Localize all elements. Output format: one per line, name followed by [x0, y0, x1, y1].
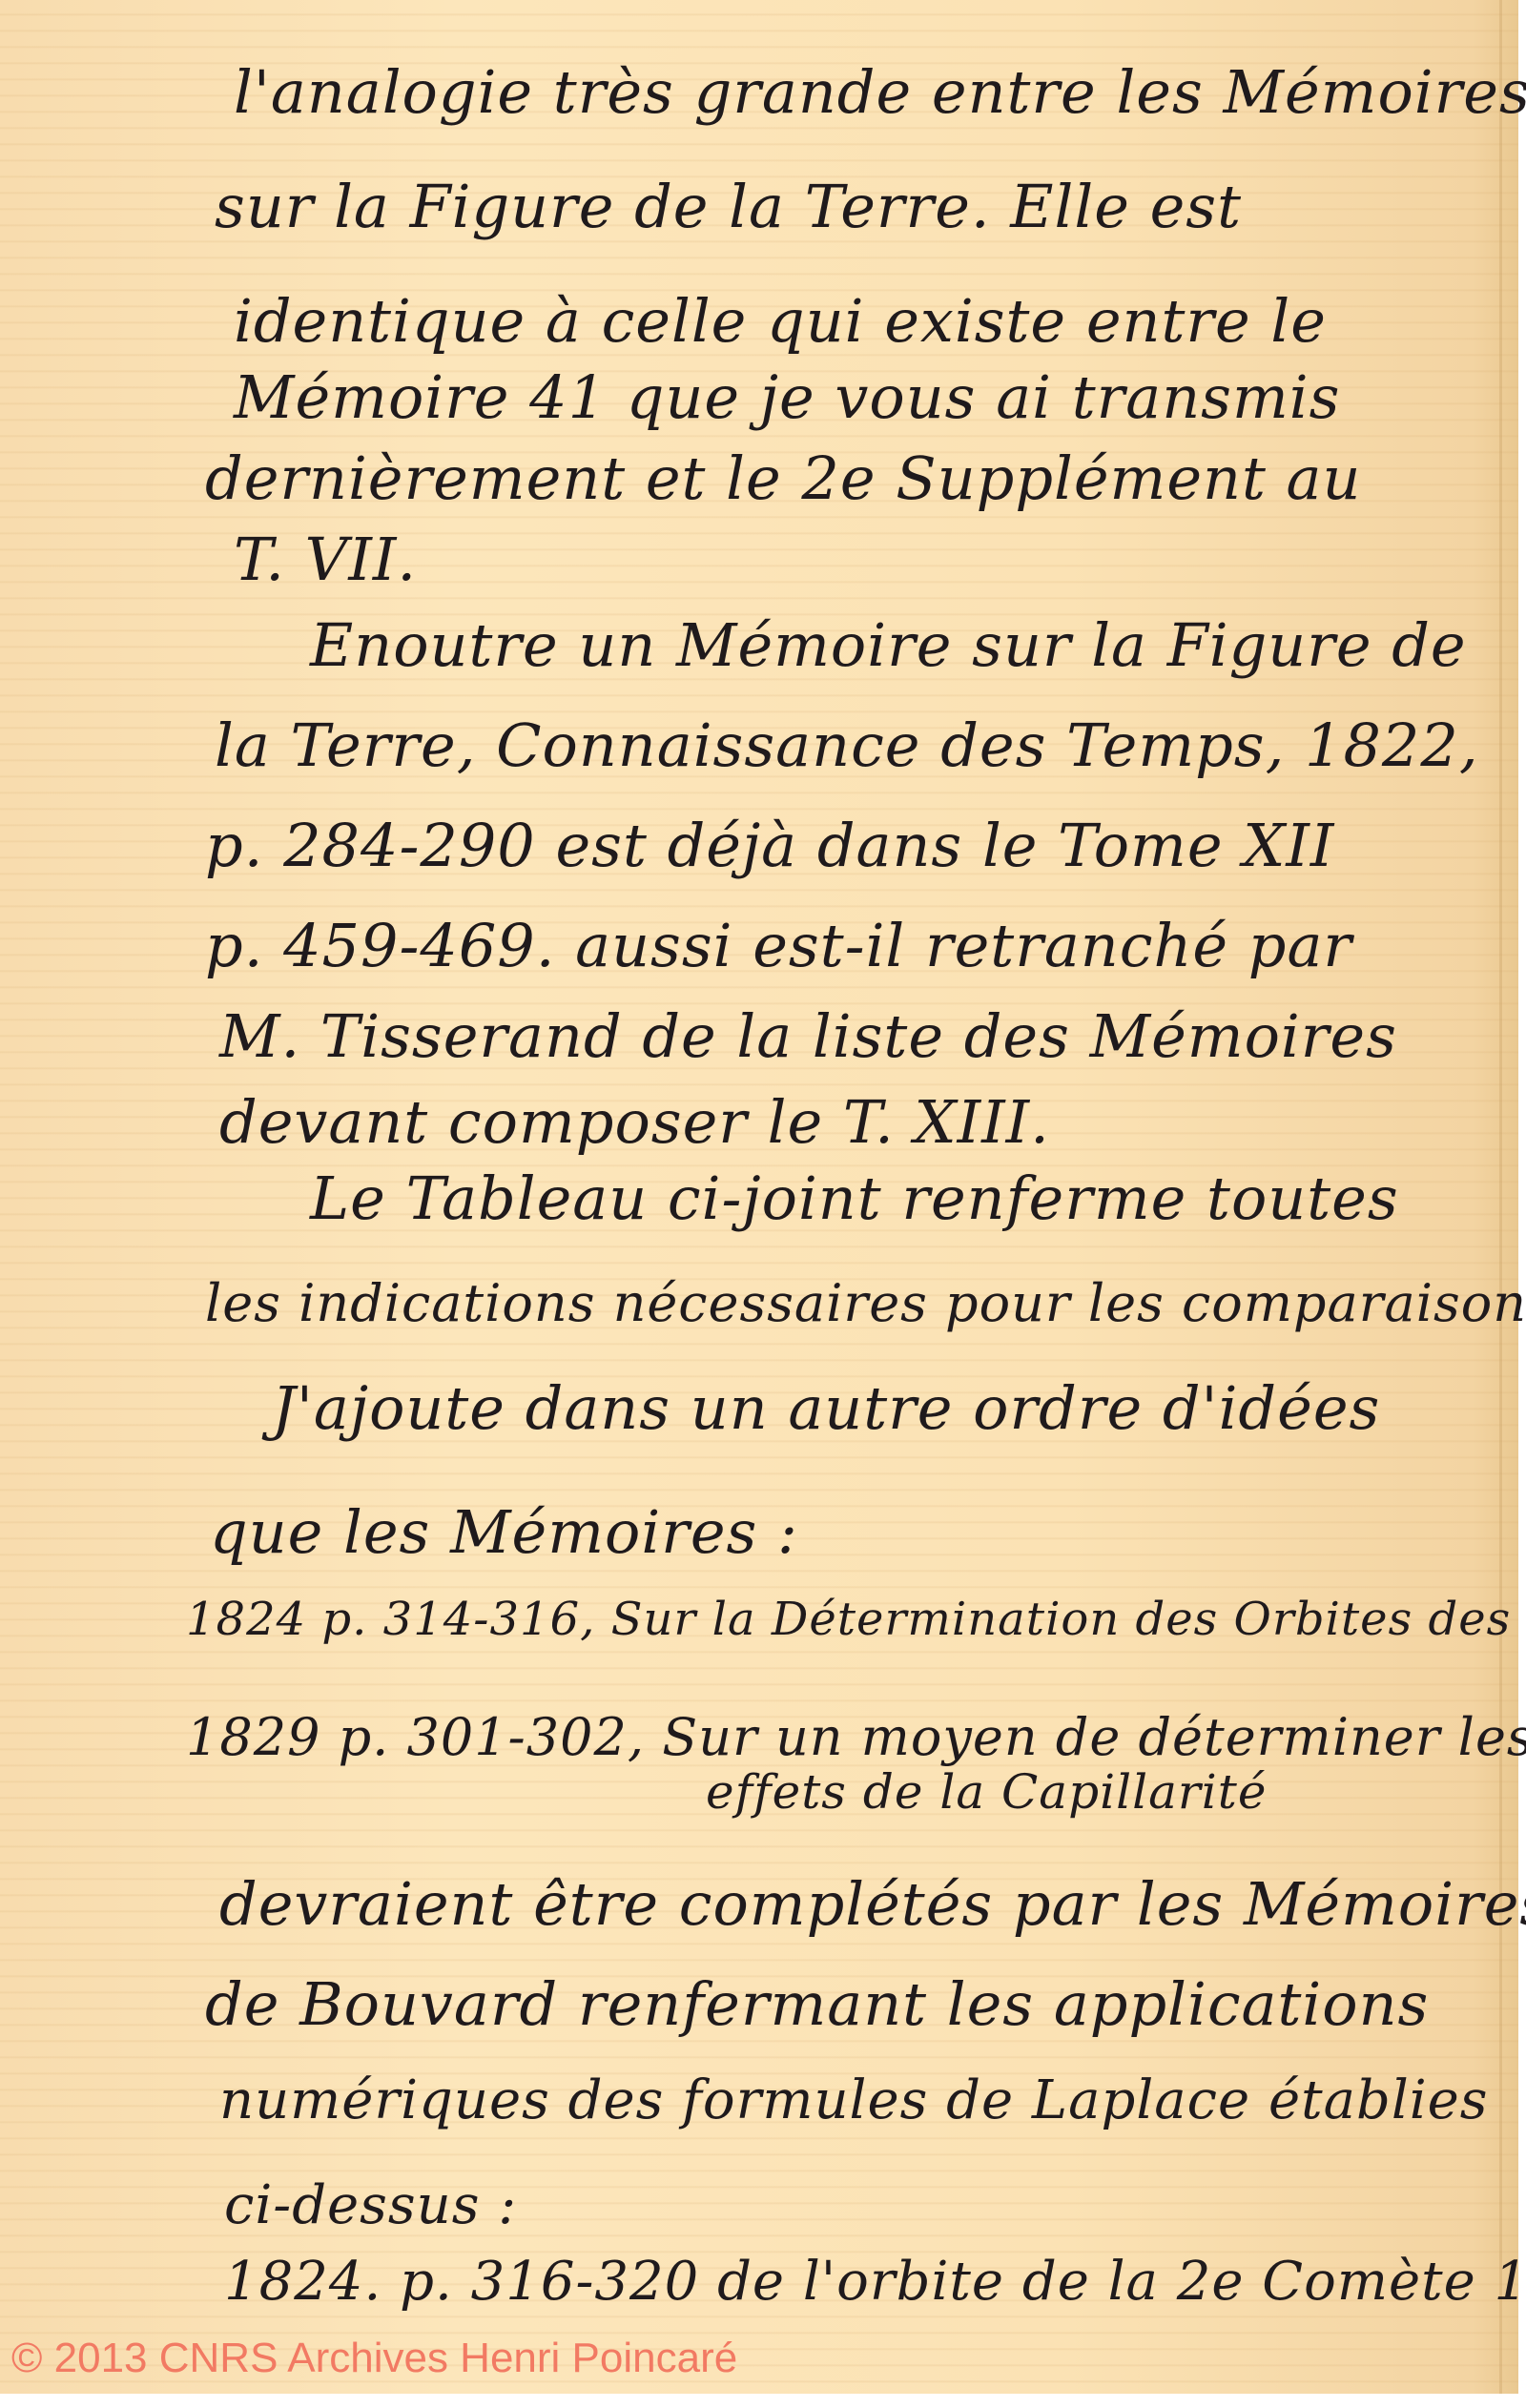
- handwritten-line: 1829 p. 301-302, Sur un moyen de détermi…: [186, 1707, 1526, 1767]
- handwritten-line: que les Mémoires :: [210, 1497, 798, 1567]
- handwritten-line: Enoutre un Mémoire sur la Figure de: [310, 610, 1467, 680]
- handwritten-line: de Bouvard renfermant les applications: [205, 1969, 1429, 2039]
- handwritten-line: Mémoire 41 que je vous ai transmis: [234, 362, 1340, 432]
- handwritten-line: l'analogie très grande entre les Mémoire…: [234, 57, 1526, 127]
- copyright-watermark: © 2013 CNRS Archives Henri Poincaré: [11, 2335, 737, 2382]
- handwritten-line: devraient être complétés par les Mémoire…: [219, 1869, 1526, 1939]
- handwritten-line: ci-dessus :: [224, 2174, 517, 2236]
- handwritten-line: 1824 p. 314-316, Sur la Détermination de…: [186, 1593, 1526, 1646]
- paper-fold-edge: [1499, 0, 1502, 2394]
- handwritten-line: dernièrement et le 2e Supplément au: [205, 443, 1361, 513]
- handwritten-line: la Terre, Connaissance des Temps, 1822,: [215, 710, 1479, 780]
- handwritten-line: M. Tisserand de la liste des Mémoires: [219, 1001, 1397, 1071]
- handwritten-line: numériques des formules de Laplace établ…: [219, 2069, 1489, 2131]
- handwritten-line: effets de la Capillarité: [706, 1764, 1267, 1820]
- handwritten-line: T. VII.: [234, 525, 417, 594]
- handwritten-line: 1824. p. 316-320 de l'orbite de la 2e Co…: [224, 2251, 1526, 2313]
- handwritten-line: Le Tableau ci-joint renferme toutes: [310, 1163, 1399, 1233]
- paper-sheet: l'analogie très grande entre les Mémoire…: [0, 0, 1518, 2394]
- handwritten-line: sur la Figure de la Terre. Elle est: [215, 172, 1242, 241]
- handwritten-line: identique à celle qui existe entre le: [234, 286, 1327, 356]
- handwritten-line: J'ajoute dans un autre ordre d'idées: [272, 1373, 1380, 1443]
- handwritten-line: p. 284-290 est déjà dans le Tome XII: [205, 811, 1334, 880]
- handwritten-line: les indications nécessaires pour les com…: [205, 1273, 1526, 1333]
- handwritten-line: devant composer le T. XIII.: [219, 1087, 1050, 1157]
- handwritten-line: p. 459-469. aussi est-il retranché par: [205, 911, 1352, 980]
